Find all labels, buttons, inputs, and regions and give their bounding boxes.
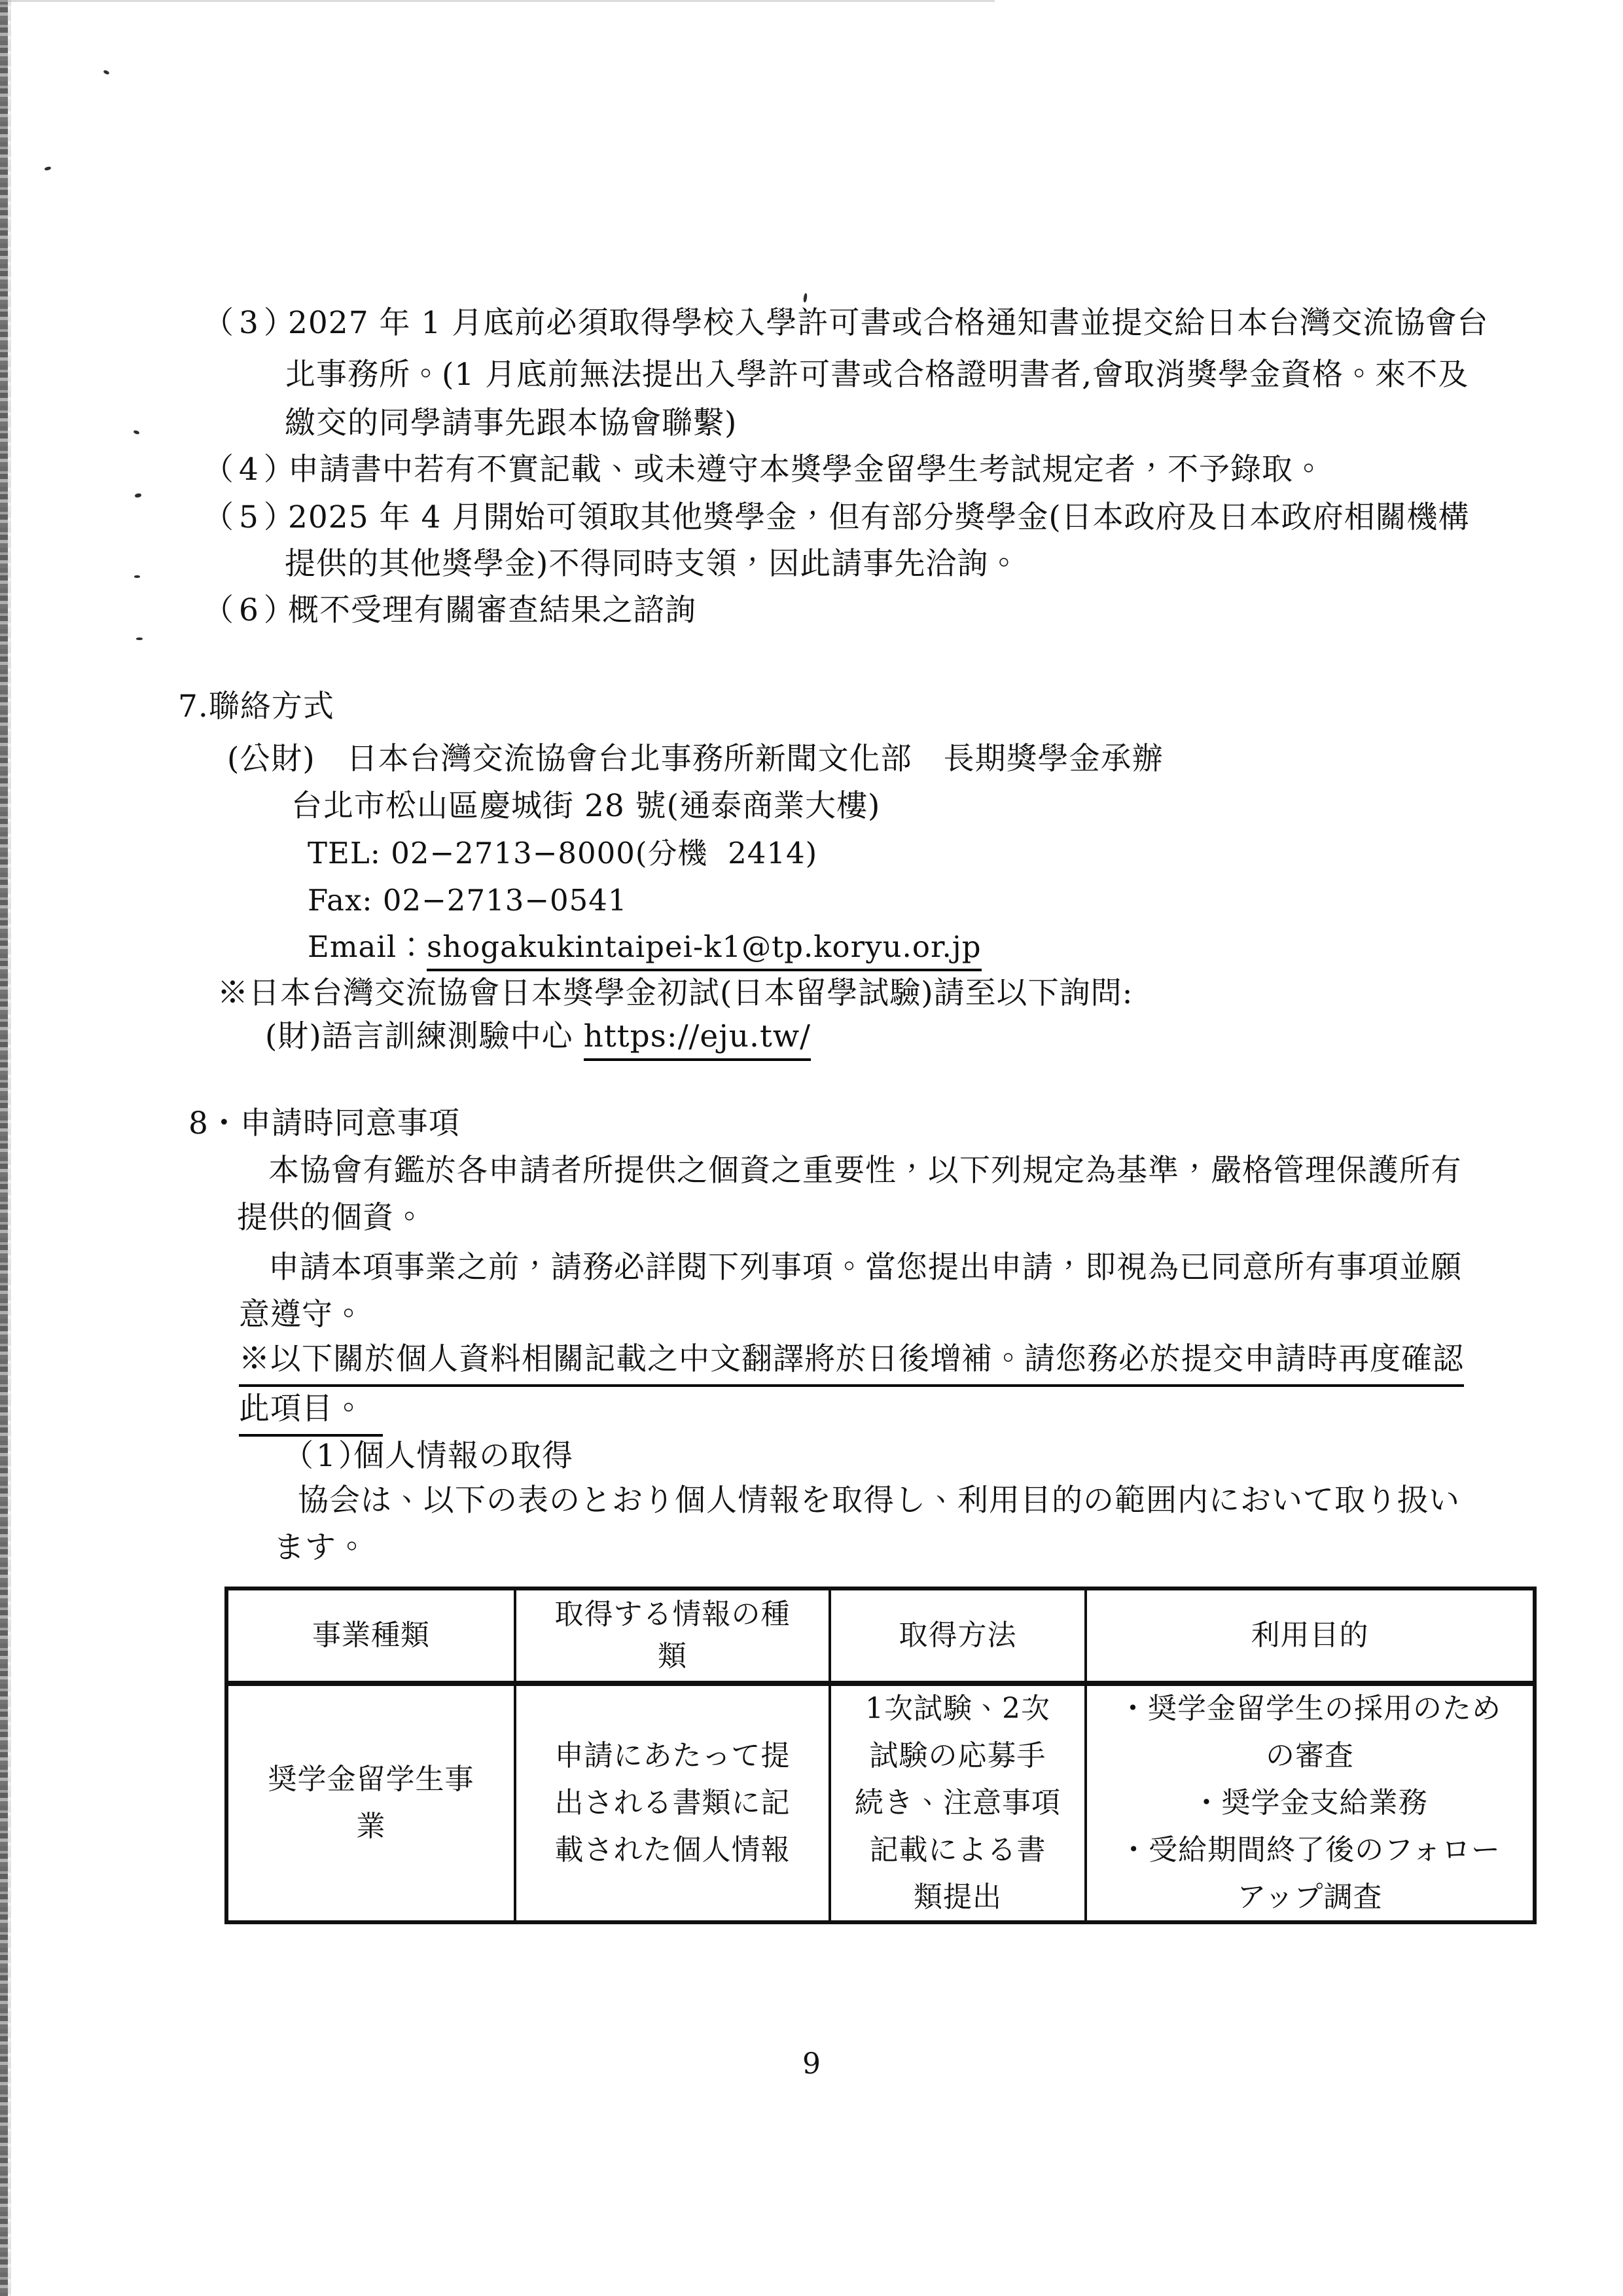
table-header-acquisition-method: 取得方法 [829,1590,1084,1686]
contact-email-line: Email：shogakukintaipei-k1@tp.koryu.or.jp [308,928,982,971]
table-data-row: 奨学金留学生事業 申請にあたって提出される書類に記載された個人情報 1次試験、2… [228,1686,1533,1920]
cell-business-type: 奨学金留学生事業 [228,1686,514,1920]
section8-underlined-note-line-2: 此項目。 [239,1390,383,1437]
section8-heading: 8・申請時同意事項 [188,1105,460,1143]
contact-note: ※日本台灣交流協會日本獎學金初試(日本留學試驗)請至以下詢問: [217,975,1133,1013]
list-item-5-label: （5） [203,499,288,537]
scan-edge-artifact [0,0,8,2296]
scan-top-artifact [0,0,995,2]
section8-para2-line-1: 申請本項事業之前，請務必詳閱下列事項。當您提出申請，即視為已同意所有事項並願 [268,1249,1462,1287]
cell-purpose: ・奨学金留学生の採用のための審査・奨学金支給業務・受給期間終了後のフォローアップ… [1084,1686,1533,1920]
sub1-label: （1） [283,1437,353,1475]
section8-para3-line-1: 協会は、以下の表のとおり個人情報を取得し、利用目的の範囲内において取り扱い [298,1482,1460,1520]
section8-sub1-heading: （1）個人情報の取得 [283,1437,573,1475]
page-number: 9 [0,2047,1623,2081]
contact-organization: (公財) 日本台灣交流協會台北事務所新聞文化部 長期獎學金承辦 [227,740,1164,778]
section8-para1-line-2: 提供的個資。 [237,1199,425,1237]
list-item-5-line-2: 提供的其他獎學金)不得同時支領，因此請事先洽詢。 [285,545,1020,583]
list-item-5-text: 2025 年 4 月開始可領取其他獎學金，但有部分獎學金(日本政府及日本政府相關… [288,499,1470,535]
list-item-4-line-1: （4）申請書中若有不實記載、或未遵守本獎學金留學生考試規定者，不予錄取。 [203,451,1325,489]
section8-para1-line-1: 本協會有鑑於各申請者所提供之個資之重要性，以下列規定為基準，嚴格管理保護所有 [268,1152,1462,1190]
personal-info-table: 事業種類 取得する情報の種類 取得方法 利用目的 奨学金留学生事業 申請にあたっ… [224,1587,1537,1924]
list-item-4-text: 申請書中若有不實記載、或未遵守本獎學金留學生考試規定者，不予錄取。 [288,452,1325,488]
contact-email-label: Email： [308,929,427,964]
contact-fax: Fax: 02−2713−0541 [308,882,628,920]
section7-heading: 7.聯絡方式 [178,688,334,726]
list-item-4-label: （4） [203,451,288,489]
sub1-title: 個人情報の取得 [353,1438,573,1474]
contact-tel: TEL: 02−2713−8000(分機 2414) [308,834,817,872]
list-item-6-line-1: （6）概不受理有關審查結果之諮詢 [203,592,696,630]
table-header-purpose: 利用目的 [1084,1590,1533,1686]
contact-test-center-line: (財)語言訓練測驗中心 https://eju.tw/ [265,1018,811,1061]
test-center-label: (財)語言訓練測驗中心 [265,1018,584,1054]
scan-speck [803,293,808,303]
scan-edge-artifact-light [8,0,11,2296]
section8-underlined-note-line-1: ※以下關於個人資料相關記載之中文翻譯將於日後增補。請您務必於提交申請時再度確認 [239,1340,1464,1387]
scan-speck [136,637,143,640]
scan-speck [134,575,140,578]
list-item-6-text: 概不受理有關審查結果之諮詢 [288,592,696,628]
underlined-note-text-2: 此項目。 [239,1390,383,1437]
list-item-3-label: （3） [203,304,288,342]
cell-info-type: 申請にあたって提出される書類に記載された個人情報 [514,1686,829,1920]
list-item-5-line-1: （5）2025 年 4 月開始可領取其他獎學金，但有部分獎學金(日本政府及日本政… [203,499,1470,537]
section8-para2-line-2: 意遵守。 [239,1296,365,1334]
list-item-6-label: （6） [203,592,288,630]
scan-speck [45,166,52,171]
list-item-3-line-1: （3）2027 年 1 月底前必須取得學校入學許可書或合格通知書並提交給日本台灣… [203,304,1488,342]
list-item-3-line-2: 北事務所。(1 月底前無法提出入學許可書或合格證明書者,會取消獎學金資格。來不及 [285,356,1469,394]
contact-email-link[interactable]: shogakukintaipei-k1@tp.koryu.or.jp [427,928,981,971]
test-center-link[interactable]: https://eju.tw/ [584,1018,811,1061]
cell-acquisition-method: 1次試験、2次試験の応募手続き、注意事項記載による書類提出 [829,1686,1084,1920]
table-header-business-type: 事業種類 [228,1590,514,1686]
list-item-3-text: 2027 年 1 月底前必須取得學校入學許可書或合格通知書並提交給日本台灣交流協… [288,305,1488,341]
table-header-row: 事業種類 取得する情報の種類 取得方法 利用目的 [228,1590,1533,1686]
table-header-info-type: 取得する情報の種類 [514,1590,829,1686]
scan-speck [103,69,109,75]
list-item-3-line-3: 繳交的同學請事先跟本協會聯繫) [285,404,737,442]
underlined-note-text-1: ※以下關於個人資料相關記載之中文翻譯將於日後增補。請您務必於提交申請時再度確認 [239,1340,1464,1387]
section8-para3-line-2: ます。 [274,1529,368,1567]
scanned-document-page: （3）2027 年 1 月底前必須取得學校入學許可書或合格通知書並提交給日本台灣… [0,0,1623,2296]
scan-speck [133,430,139,435]
scan-speck [135,493,142,498]
contact-address: 台北市松山區慶城街 28 號(通泰商業大樓) [291,787,880,825]
